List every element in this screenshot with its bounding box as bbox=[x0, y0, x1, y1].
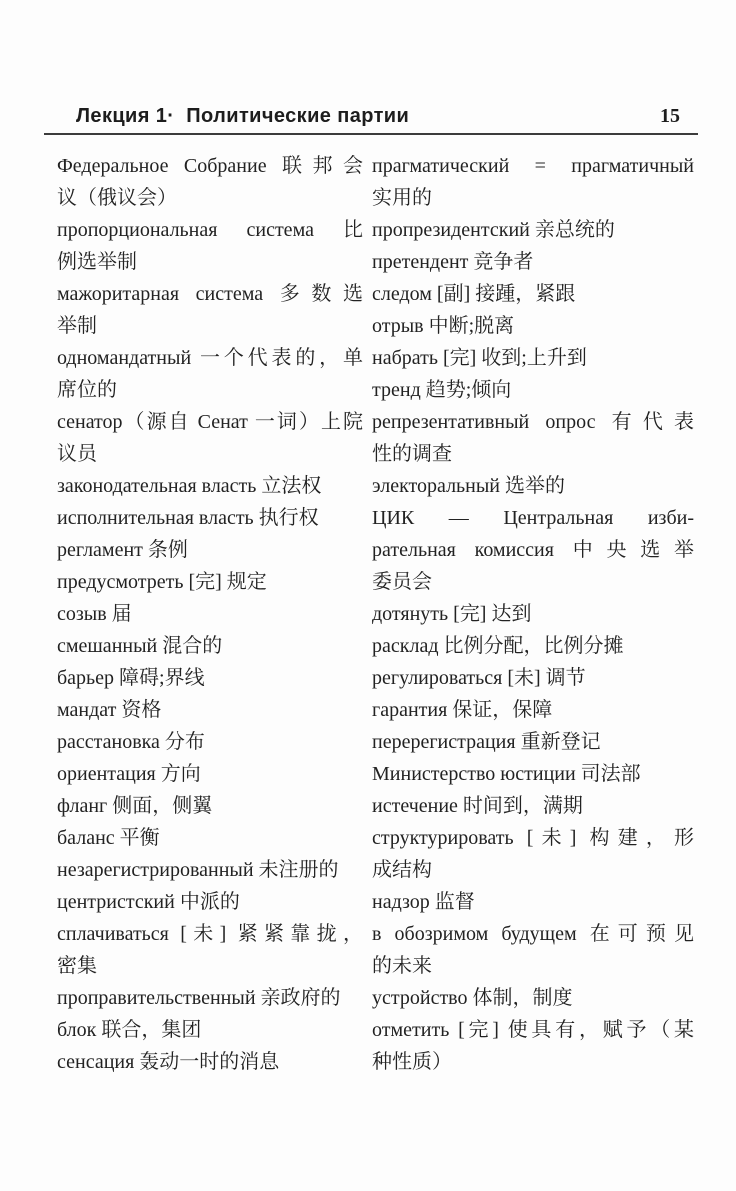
glossary-line: регулироваться [未] 调节 bbox=[372, 662, 694, 694]
glossary-line: 种性质） bbox=[372, 1046, 694, 1078]
glossary-line: законодательная власть 立法权 bbox=[57, 470, 363, 502]
glossary-line: сплачиваться [未] 紧紧靠拢， bbox=[57, 918, 363, 950]
glossary-column-right: прагматический = прагматичный实用的пропрези… bbox=[372, 150, 694, 1078]
glossary-line: сенатор（源自 Сенат 一词）上院 bbox=[57, 406, 363, 438]
glossary-line: электоральный 选举的 bbox=[372, 470, 694, 502]
glossary-line: 性的调查 bbox=[372, 438, 694, 470]
glossary-line: мандат 资格 bbox=[57, 694, 363, 726]
glossary-line: блок 联合，集团 bbox=[57, 1014, 363, 1046]
glossary-line: 的未来 bbox=[372, 950, 694, 982]
glossary-line: отметить [完] 使具有，赋予（某 bbox=[372, 1014, 694, 1046]
glossary-line: 实用的 bbox=[372, 182, 694, 214]
glossary-line: центристский 中派的 bbox=[57, 886, 363, 918]
glossary-line: следом [副] 接踵，紧跟 bbox=[372, 278, 694, 310]
glossary-line: 例选举制 bbox=[57, 246, 363, 278]
glossary-line: Федеральное Собрание 联邦会 bbox=[57, 150, 363, 182]
glossary-line: надзор 监督 bbox=[372, 886, 694, 918]
glossary-line: в обозримом будущем 在可预见 bbox=[372, 918, 694, 950]
glossary-line: ориентация 方向 bbox=[57, 758, 363, 790]
glossary-line: устройство 体制，制度 bbox=[372, 982, 694, 1014]
book-page: Лекция 1· Политические партии 15 Федерал… bbox=[0, 0, 736, 1191]
page-number: 15 bbox=[660, 105, 680, 128]
glossary-line: 议（俄议会） bbox=[57, 182, 363, 214]
glossary-line: исполнительная власть 执行权 bbox=[57, 502, 363, 534]
glossary-line: 成结构 bbox=[372, 854, 694, 886]
glossary-line: ЦИК — Центральная изби- bbox=[372, 502, 694, 534]
glossary-line: 席位的 bbox=[57, 374, 363, 406]
glossary-column-left: Федеральное Собрание 联邦会议（俄议会）пропорцион… bbox=[57, 150, 363, 1078]
glossary-line: баланс 平衡 bbox=[57, 822, 363, 854]
glossary-line: гарантия 保证，保障 bbox=[372, 694, 694, 726]
glossary-line: структурировать [未] 构建，形 bbox=[372, 822, 694, 854]
chapter-title: Лекция 1· Политические партии bbox=[76, 105, 409, 128]
page-header: Лекция 1· Политические партии 15 bbox=[76, 105, 680, 128]
glossary-line: смешанный 混合的 bbox=[57, 630, 363, 662]
glossary-line: регламент 条例 bbox=[57, 534, 363, 566]
glossary-line: фланг 侧面，侧翼 bbox=[57, 790, 363, 822]
glossary-line: дотянуть [完] 达到 bbox=[372, 598, 694, 630]
glossary-line: Министерство юстиции 司法部 bbox=[372, 758, 694, 790]
glossary-line: отрыв 中断;脱离 bbox=[372, 310, 694, 342]
glossary-line: 密集 bbox=[57, 950, 363, 982]
glossary-line: сенсация 轰动一时的消息 bbox=[57, 1046, 363, 1078]
glossary-line: рательная комиссия 中央选举 bbox=[372, 534, 694, 566]
glossary-line: расстановка 分布 bbox=[57, 726, 363, 758]
glossary-line: незарегистрированный 未注册的 bbox=[57, 854, 363, 886]
glossary-columns: Федеральное Собрание 联邦会议（俄议会）пропорцион… bbox=[57, 150, 694, 1078]
glossary-line: перерегистрация 重新登记 bbox=[372, 726, 694, 758]
glossary-line: одномандатный 一个代表的，单 bbox=[57, 342, 363, 374]
glossary-line: тренд 趋势;倾向 bbox=[372, 374, 694, 406]
glossary-line: проправительственный 亲政府的 bbox=[57, 982, 363, 1014]
glossary-line: набрать [完] 收到;上升到 bbox=[372, 342, 694, 374]
glossary-line: пропорциональная система 比 bbox=[57, 214, 363, 246]
glossary-line: расклад 比例分配，比例分摊 bbox=[372, 630, 694, 662]
header-rule bbox=[44, 133, 698, 135]
glossary-line: мажоритарная система 多数选 bbox=[57, 278, 363, 310]
glossary-line: истечение 时间到，满期 bbox=[372, 790, 694, 822]
glossary-line: предусмотреть [完] 规定 bbox=[57, 566, 363, 598]
glossary-line: 举制 bbox=[57, 310, 363, 342]
glossary-line: претендент 竞争者 bbox=[372, 246, 694, 278]
glossary-line: барьер 障碍;界线 bbox=[57, 662, 363, 694]
glossary-line: созыв 届 bbox=[57, 598, 363, 630]
glossary-line: репрезентативный опрос 有代表 bbox=[372, 406, 694, 438]
glossary-line: 委员会 bbox=[372, 566, 694, 598]
glossary-line: прагматический = прагматичный bbox=[372, 150, 694, 182]
glossary-line: пропрезидентский 亲总统的 bbox=[372, 214, 694, 246]
glossary-line: 议员 bbox=[57, 438, 363, 470]
